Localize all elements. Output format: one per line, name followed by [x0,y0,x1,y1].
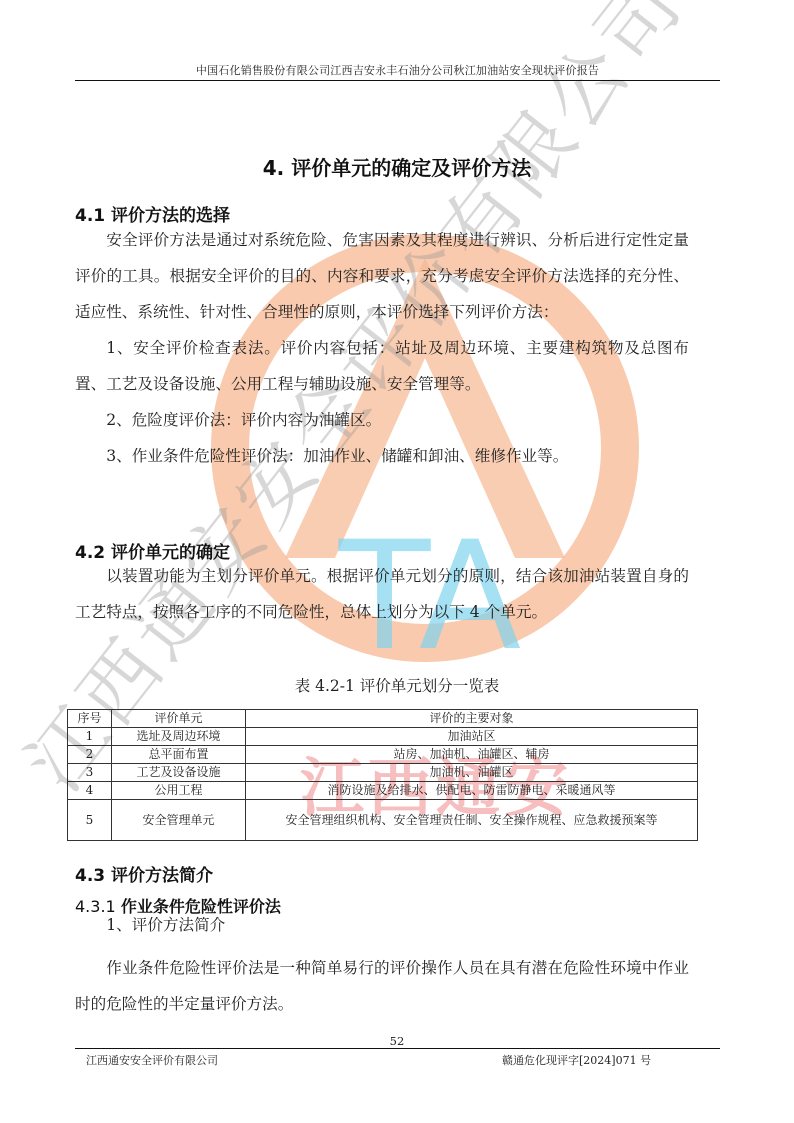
header-rule [75,80,720,81]
method-item-3: 3、作业条件危险性评价法：加油作业、储罐和卸油、维修作业等。 [75,438,689,474]
evaluation-units-table: 序号 评价单元 评价的主要对象 1 选址及周边环境 加油站区 2 总平面布置 站… [67,709,698,841]
cell-index: 2 [68,746,112,764]
col-header-objects: 评价的主要对象 [246,710,698,728]
footer-report-number: 赣通危化现评字[2024]071 号 [502,1052,651,1068]
cell-index: 4 [68,782,112,800]
table-row: 1 选址及周边环境 加油站区 [68,728,698,746]
footer-rule [75,1048,720,1049]
intro-paragraph: 安全评价方法是通过对系统危险、危害因素及其程度进行辨识、分析后进行定性定量评价的… [75,222,689,330]
units-paragraph: 以装置功能为主划分评价单元。根据评价单元划分的原则，结合该加油站装置自身的工艺特… [75,558,689,630]
footer-company: 江西通安安全评价有限公司 [86,1052,218,1068]
running-header: 中国石化销售股份有限公司江西吉安永丰石油分公司秋江加油站安全现状评价报告 [75,62,720,78]
table-row: 3 工艺及设备设施 加油机、油罐区 [68,764,698,782]
table-row: 2 总平面布置 站房、加油机、油罐区、辅房 [68,746,698,764]
method-item-1: 1、安全评价检查表法。评价内容包括：站址及周边环境、主要建构筑物及总图布置、工艺… [75,330,689,402]
page-number: 52 [0,1034,794,1048]
cell-unit: 安全管理单元 [112,800,246,841]
method-intro-item: 1、评价方法简介 [75,914,689,936]
cell-objects: 消防设施及给排水、供配电、防雷防静电、采暖通风等 [246,782,698,800]
cell-index: 3 [68,764,112,782]
cell-index: 5 [68,800,112,841]
cell-unit: 总平面布置 [112,746,246,764]
cell-objects: 站房、加油机、油罐区、辅房 [246,746,698,764]
section-4-3-body: 作业条件危险性评价法是一种简单易行的评价操作人员在具有潜在危险性环境中作业时的危… [75,950,689,1022]
item-label: 1、评价方法简介 [75,914,689,936]
cell-objects: 安全管理组织机构、安全管理责任制、安全操作规程、应急救援预案等 [246,800,698,841]
section-heading-4-3: 4.3 评价方法简介 [75,861,213,886]
cell-unit: 工艺及设备设施 [112,764,246,782]
chapter-title: 4. 评价单元的确定及评价方法 [0,152,794,181]
method-description: 作业条件危险性评价法是一种简单易行的评价操作人员在具有潜在危险性环境中作业时的危… [75,950,689,1022]
col-header-index: 序号 [68,710,112,728]
table-row: 5 安全管理单元 安全管理组织机构、安全管理责任制、安全操作规程、应急救援预案等 [68,800,698,841]
cell-unit: 选址及周边环境 [112,728,246,746]
method-item-2: 2、危险度评价法：评价内容为油罐区。 [75,402,689,438]
section-4-1-body: 安全评价方法是通过对系统危险、危害因素及其程度进行辨识、分析后进行定性定量评价的… [75,222,689,474]
cell-index: 1 [68,728,112,746]
table-row: 4 公用工程 消防设施及给排水、供配电、防雷防静电、采暖通风等 [68,782,698,800]
table-header-row: 序号 评价单元 评价的主要对象 [68,710,698,728]
cell-objects: 加油站区 [246,728,698,746]
cell-unit: 公用工程 [112,782,246,800]
col-header-unit: 评价单元 [112,710,246,728]
table-caption: 表 4.2-1 评价单元划分一览表 [0,674,794,696]
section-4-2-body: 以装置功能为主划分评价单元。根据评价单元划分的原则，结合该加油站装置自身的工艺特… [75,558,689,630]
cell-objects: 加油机、油罐区 [246,764,698,782]
